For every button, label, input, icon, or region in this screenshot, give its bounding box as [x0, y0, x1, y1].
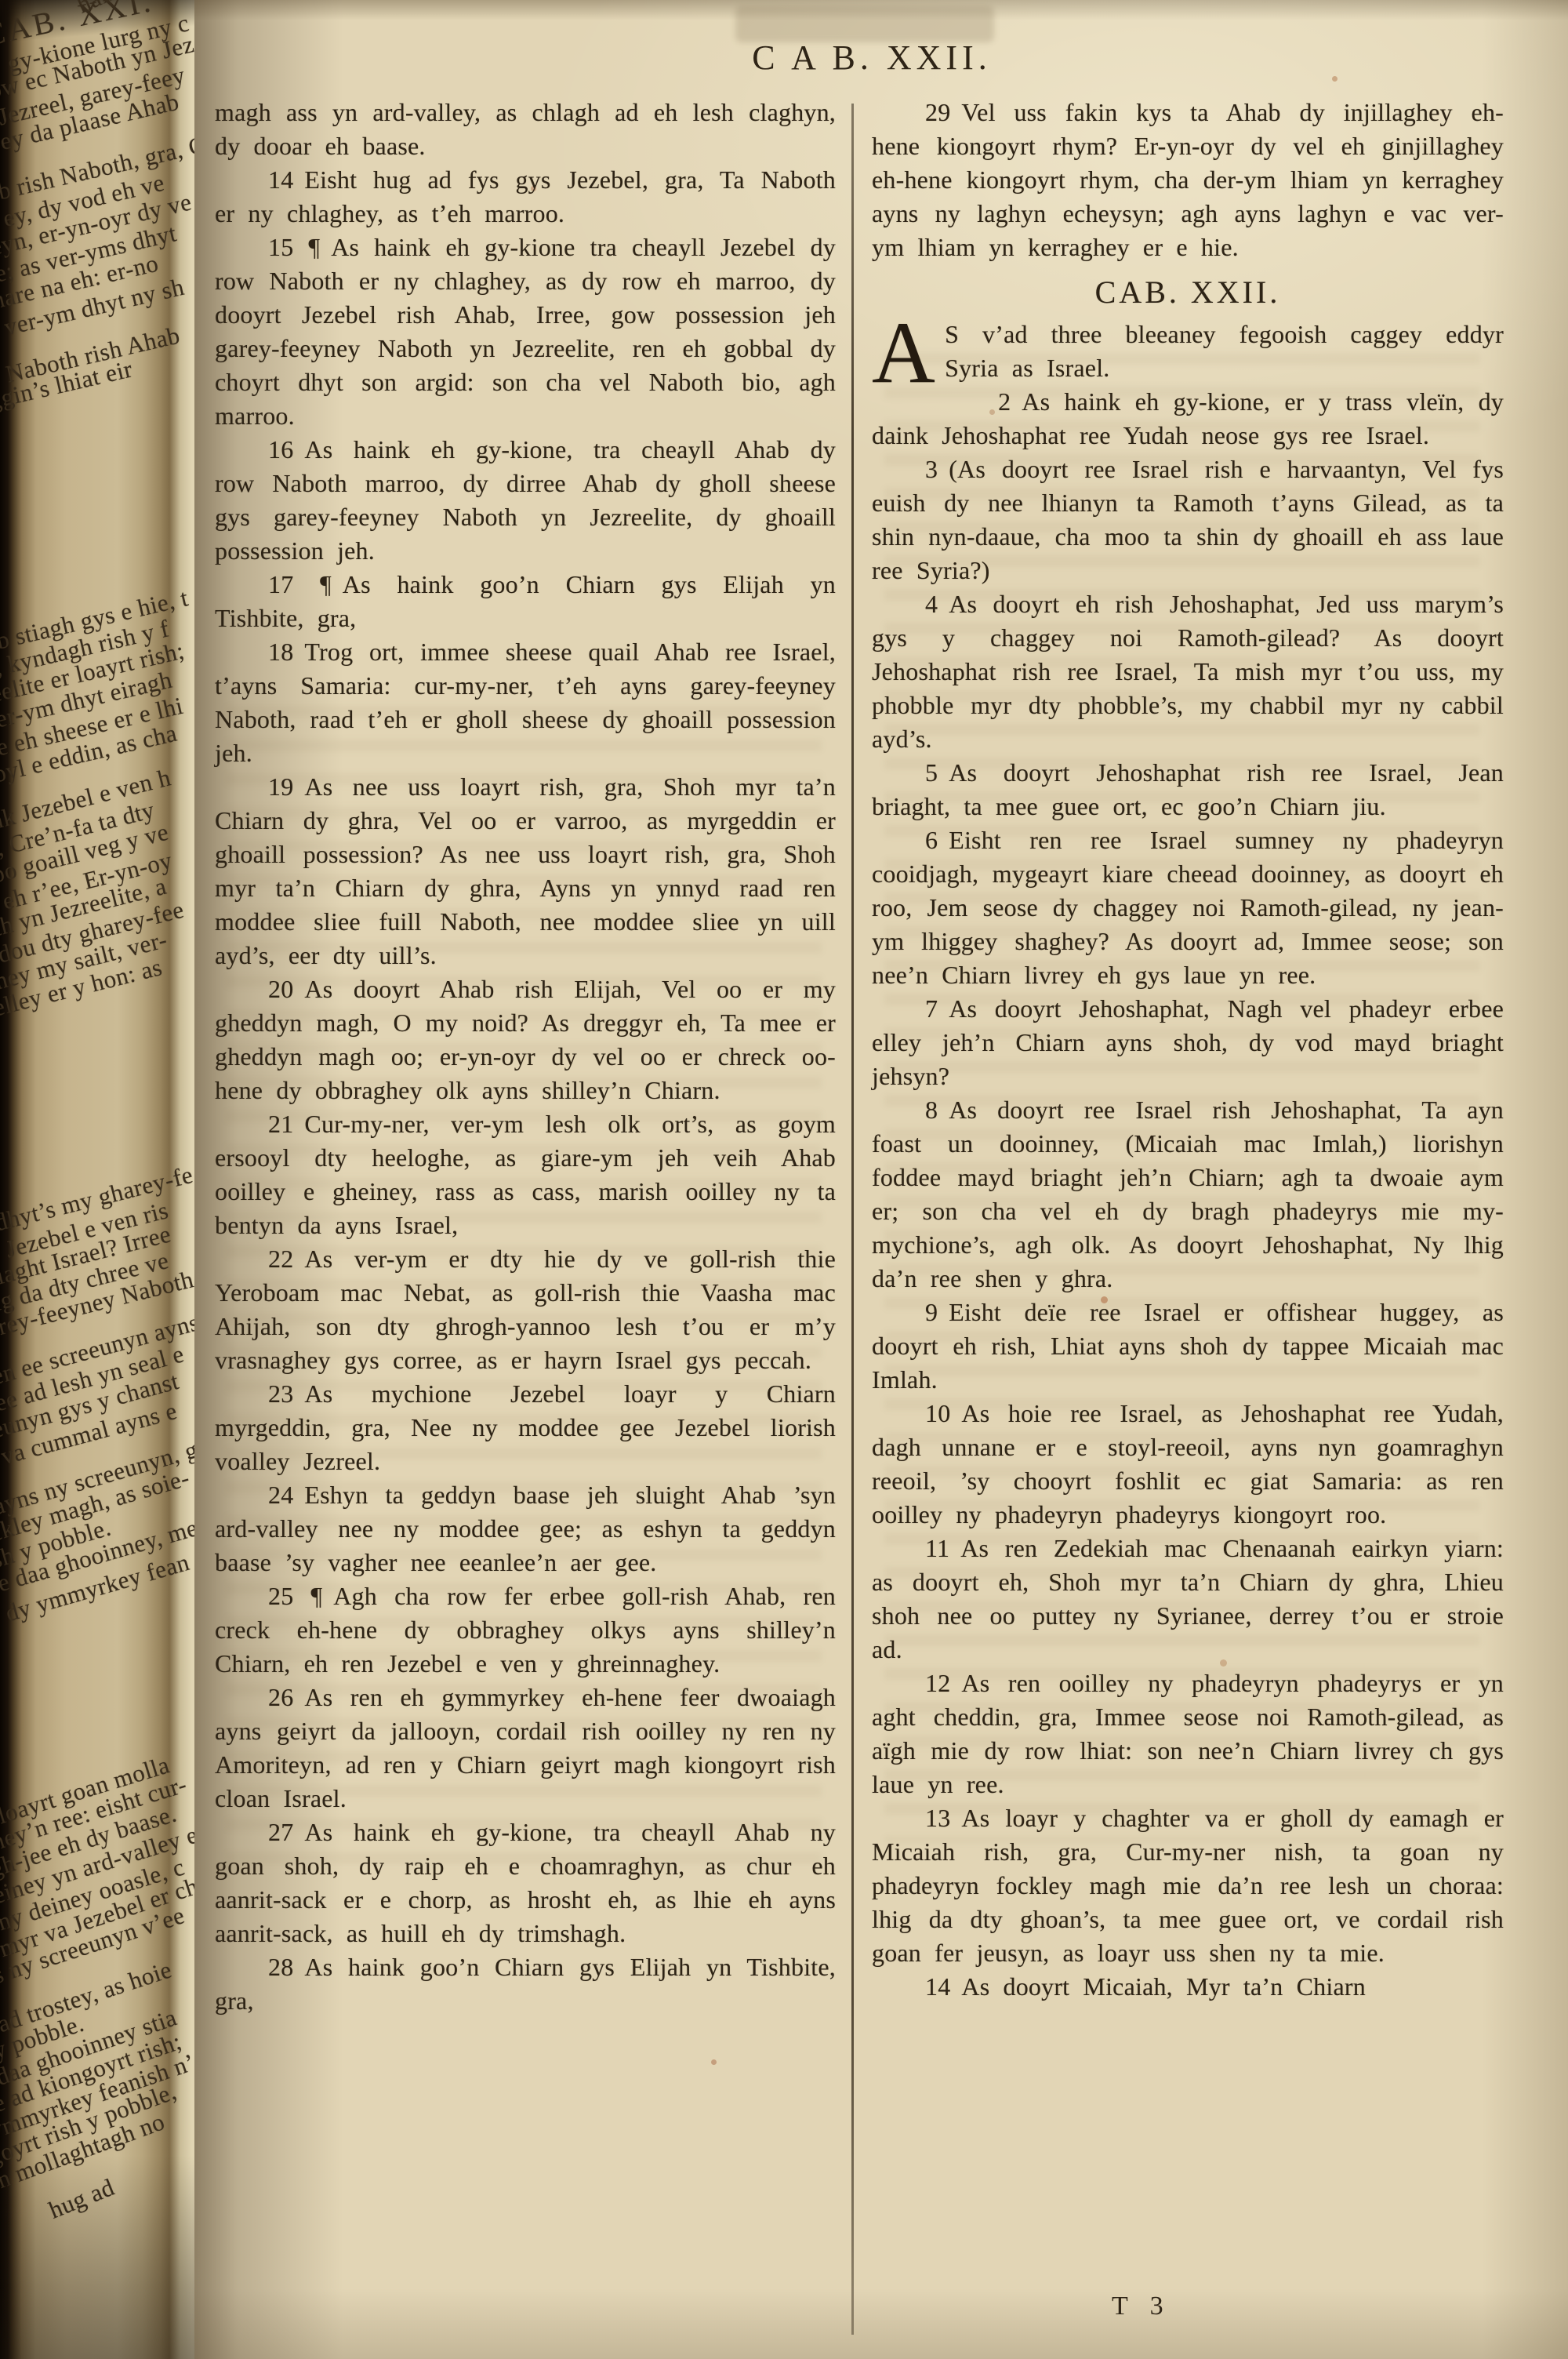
verse-number: 28 — [268, 1953, 293, 1981]
verse-paragraph: 13As loayr y chaghter va er gholl dy eam… — [872, 1801, 1504, 1970]
verse-paragraph: 19As nee uss loayrt rish, gra, Shoh myr … — [215, 770, 836, 972]
verse-paragraph: 8As dooyrt ree Israel rish Jehoshaphat, … — [872, 1093, 1504, 1296]
drop-cap: A — [872, 319, 935, 387]
verse-number: 19 — [268, 772, 293, 801]
verse-paragraph: 26As ren eh gymmyrkey eh-hene feer dwoai… — [215, 1681, 836, 1816]
verse-paragraph: 14As dooyrt Micaiah, Myr ta’n Chiarn — [872, 1970, 1504, 2004]
scanned-book-page: haink ehCAB. XXI.gy-kione lurg ny cow ec… — [0, 0, 1568, 2359]
verse-number: 15 ¶ — [268, 233, 320, 261]
verse-number: 26 — [268, 1683, 293, 1711]
verse-paragraph: 10As hoie ree Israel, as Jehoshaphat ree… — [872, 1397, 1504, 1532]
column-divider-rule — [851, 104, 854, 2335]
verse-number: 7 — [925, 994, 938, 1023]
verse-number: 16 — [268, 435, 293, 463]
verse-paragraph: 24Eshyn ta geddyn baase jeh sluight Ahab… — [215, 1478, 836, 1579]
page: C A B. XXII. magh ass yn ard-valley, as … — [194, 0, 1568, 2359]
verse-paragraph: 18Trog ort, immee sheese quail Ahab ree … — [215, 635, 836, 770]
verse-number: 4 — [925, 590, 938, 618]
verse-number: 14 — [925, 1972, 950, 2001]
verse-number: 6 — [925, 826, 938, 854]
verse-paragraph: 25 ¶Agh cha row fer erbee goll-rish Ahab… — [215, 1579, 836, 1681]
verse-number: 25 ¶ — [268, 1582, 322, 1610]
verse-paragraph: 5As dooyrt Jehoshaphat rish ree Israel, … — [872, 756, 1504, 823]
verse-number: 11 — [925, 1534, 949, 1562]
verse-number: 18 — [268, 638, 293, 666]
verse-number: 23 — [268, 1379, 293, 1408]
left-text-column: magh ass yn ard-valley, as chlagh ad eh … — [215, 96, 836, 2018]
gutter-fragment: hug ad — [45, 2173, 118, 2225]
verse-number: 14 — [268, 165, 293, 194]
verse-paragraph: 20As dooyrt Ahab rish Elijah, Vel oo er … — [215, 972, 836, 1107]
verse-number: 5 — [925, 758, 938, 787]
signature-mark: T 3 — [1112, 2292, 1171, 2321]
chapter-heading: CAB. XXII. — [872, 275, 1504, 310]
verse-number: 9 — [925, 1298, 938, 1326]
verse-paragraph: 9Eisht deïe ree Israel er offishear hugg… — [872, 1296, 1504, 1397]
verse-paragraph: 23As mychione Jezebel loayr y Chiarn myr… — [215, 1377, 836, 1478]
verse-paragraph: 4As dooyrt eh rish Jehoshaphat, Jed uss … — [872, 587, 1504, 756]
foxing-specks — [194, 0, 198, 4]
verse-number: 21 — [268, 1110, 293, 1138]
chapter-first-verse: AS v’ad three bleeaney fegooish caggey e… — [872, 318, 1504, 385]
verse-paragraph: 2As haink eh gy-kione, er y trass vleïn,… — [872, 385, 1504, 453]
verse-paragraph: 3(As dooyrt ree Israel rish e harvaantyn… — [872, 453, 1504, 587]
verse-number: 22 — [268, 1245, 293, 1273]
verse-number: 3 — [925, 455, 938, 483]
verse-number: 24 — [268, 1481, 293, 1509]
verse-number: 20 — [268, 975, 293, 1003]
verse-paragraph: magh ass yn ard-valley, as chlagh ad eh … — [215, 96, 836, 163]
verse-number: 29 — [925, 98, 950, 126]
verse-paragraph: 12As ren ooilley ny phadeyryn phadeyrys … — [872, 1667, 1504, 1801]
running-head: C A B. XXII. — [218, 38, 1526, 78]
verse-number: 12 — [925, 1669, 950, 1697]
verse-paragraph: 15 ¶As haink eh gy-kione tra cheayll Jez… — [215, 231, 836, 433]
verse-paragraph: 11As ren Zedekiah mac Chenaanah eairkyn … — [872, 1532, 1504, 1667]
verse-paragraph: 14Eisht hug ad fys gys Jezebel, gra, Ta … — [215, 163, 836, 231]
facing-page-edge: haink ehCAB. XXI.gy-kione lurg ny cow ec… — [0, 0, 194, 2359]
verse-number: 27 — [268, 1818, 293, 1846]
right-text-column: 29Vel uss fakin kys ta Ahab dy injillagh… — [872, 96, 1504, 2004]
verse-paragraph: 7As dooyrt Jehoshaphat, Nagh vel phadeyr… — [872, 992, 1504, 1093]
verse-paragraph: 6Eisht ren ree Israel sumney ny phadeyry… — [872, 823, 1504, 992]
verse-number: 10 — [925, 1399, 950, 1427]
verse-paragraph: 27As haink eh gy-kione, tra cheayll Ahab… — [215, 1816, 836, 1950]
verse-paragraph: 28As haink goo’n Chiarn gys Elijah yn Ti… — [215, 1950, 836, 2018]
verse-paragraph: 17 ¶As haink goo’n Chiarn gys Elijah yn … — [215, 568, 836, 635]
verse-paragraph: 21Cur-my-ner, ver-ym lesh olk ort’s, as … — [215, 1107, 836, 1242]
verse-number: 8 — [925, 1096, 938, 1124]
verse-number: 17 ¶ — [268, 570, 332, 598]
verse-paragraph: 29Vel uss fakin kys ta Ahab dy injillagh… — [872, 96, 1504, 264]
verse-paragraph: 22As ver-ym er dty hie dy ve goll-rish t… — [215, 1242, 836, 1377]
verse-number: 2 — [998, 387, 1011, 416]
verse-paragraph: 16As haink eh gy-kione, tra cheayll Ahab… — [215, 433, 836, 568]
verse-number: 13 — [925, 1804, 950, 1832]
